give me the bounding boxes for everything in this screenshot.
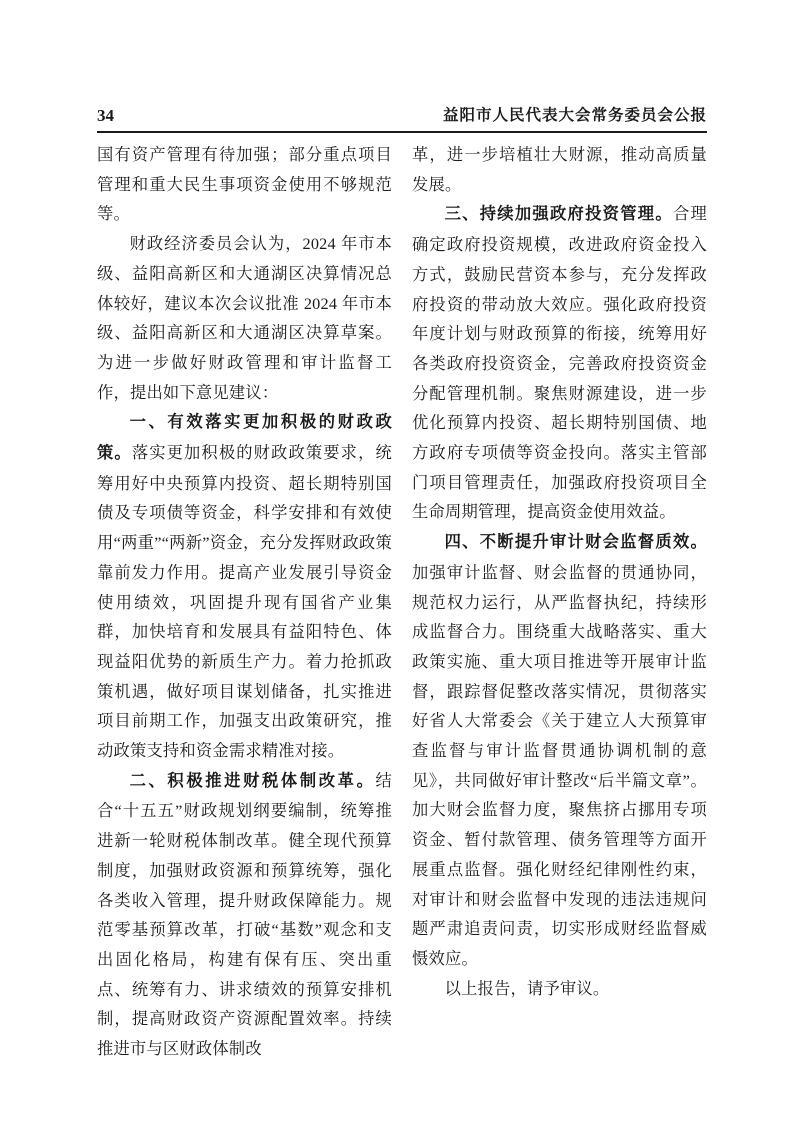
section-heading: 三、持续加强政府投资管理。: [445, 205, 673, 223]
body-text: 加强审计监督、财会监督的贯通协同，规范权力运行，从严监督执纪，持续形成监督合力。…: [412, 563, 707, 968]
paragraph: 国有资产管理有待加强；部分重点项目管理和重大民生事项资金使用不够规范等。: [97, 140, 392, 229]
paragraph: 二、积极推进财税体制改革。结合“十五五”财政规划纲要编制，统筹推进新一轮财税体制…: [97, 766, 392, 1064]
paragraph: 一、有效落实更加积极的财政政策。落实更加积极的财政政策要求，统筹用好中央预算内投…: [97, 407, 392, 765]
document-body: 国有资产管理有待加强；部分重点项目管理和重大民生事项资金使用不够规范等。财政经济…: [97, 140, 707, 1064]
page-number: 34: [97, 106, 114, 126]
text-column-right: 革，进一步培植壮大财源，推动高质量发展。三、持续加强政府投资管理。合理确定政府投…: [412, 140, 707, 1064]
body-text: 落实更加积极的财政政策要求，统筹用好中央预算内投资、超长期特别国债及专项债等资金…: [97, 443, 392, 760]
body-text: 革，进一步培植壮大财源，推动高质量发展。: [412, 145, 707, 194]
section-heading: 二、积极推进财税体制改革。: [130, 772, 376, 790]
paragraph: 四、不断提升审计财会监督质效。加强审计监督、财会监督的贯通协同，规范权力运行，从…: [412, 527, 707, 974]
paragraph: 三、持续加强政府投资管理。合理确定政府投资规模，改进政府资金投入方式，鼓励民营资…: [412, 199, 707, 527]
body-text: 结合“十五五”财政规划纲要编制，统筹推进新一轮财税体制改革。健全现代预算制度，加…: [97, 771, 392, 1058]
document-page: 34 益阳市人民代表大会常务委员会公报 国有资产管理有待加强；部分重点项目管理和…: [0, 0, 794, 1122]
text-column-left: 国有资产管理有待加强；部分重点项目管理和重大民生事项资金使用不够规范等。财政经济…: [97, 140, 392, 1064]
bulletin-title: 益阳市人民代表大会常务委员会公报: [443, 106, 707, 126]
body-text: 国有资产管理有待加强；部分重点项目管理和重大民生事项资金使用不够规范等。: [97, 145, 392, 223]
section-heading: 四、不断提升审计财会监督质效。: [445, 533, 707, 551]
header-rule: [97, 131, 707, 133]
body-text: 以上报告，请予审议。: [445, 979, 610, 998]
paragraph: 革，进一步培植壮大财源，推动高质量发展。: [412, 140, 707, 199]
body-text: 财政经济委员会认为，2024 年市本级、益阳高新区和大通湖区决算情况总体较好，建…: [97, 234, 392, 402]
body-text: 合理确定政府投资规模，改进政府资金投入方式，鼓励民营资本参与，充分发挥政府投资的…: [412, 204, 707, 521]
page-header: 34 益阳市人民代表大会常务委员会公报: [97, 106, 707, 126]
paragraph: 财政经济委员会认为，2024 年市本级、益阳高新区和大通湖区决算情况总体较好，建…: [97, 229, 392, 407]
paragraph: 以上报告，请予审议。: [412, 974, 707, 1004]
